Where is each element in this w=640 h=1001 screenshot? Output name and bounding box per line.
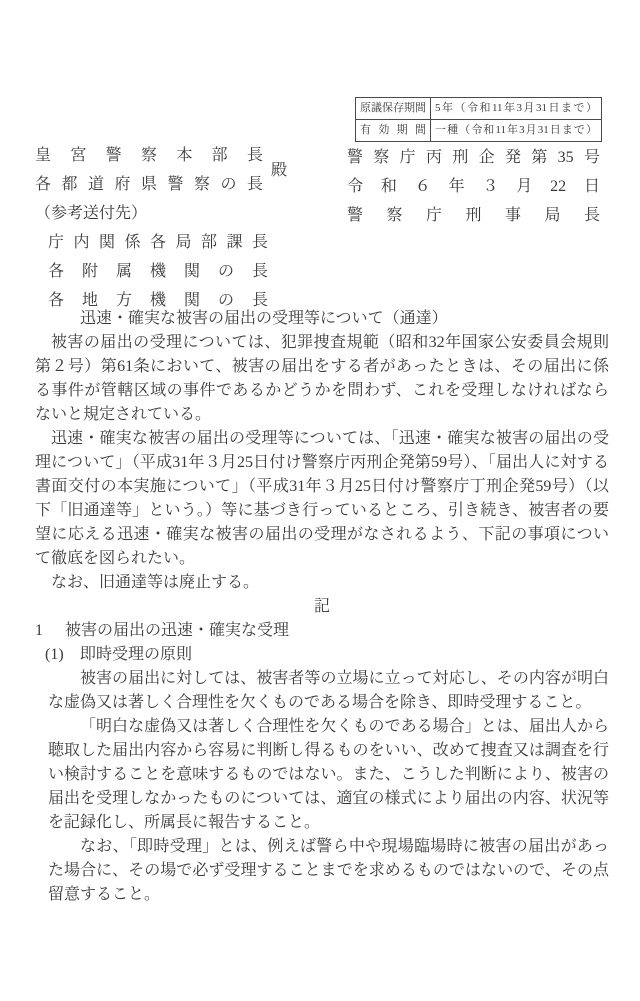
sub-item-1: (1) 即時受理の原則 xyxy=(45,643,609,667)
subject-line: 迅速・確実な被害の届出の受理等について（通達） xyxy=(80,307,609,331)
cc-note: （参考送付先） xyxy=(35,199,287,228)
retention-label: 原議保存期間 xyxy=(356,98,431,120)
validity-value: 一種（令和11年3月31日まで） xyxy=(431,120,602,142)
retention-value: 5年（令和11年3月31日まで） xyxy=(431,98,602,120)
validity-label: 有効期間 xyxy=(356,120,431,142)
recipient-line: 皇宮警察本部長 xyxy=(35,141,263,170)
item-1-number: 1 xyxy=(35,619,65,643)
sub-item-1-body: 被害の届出に対しては、被害者等の立場に立って対応し、その内容が明白な虚偽又は著し… xyxy=(48,667,609,907)
cc-recipient-line: 各附属機関の長 xyxy=(48,257,268,286)
document-page: 原議保存期間 5年（令和11年3月31日まで） 有効期間 一種（令和11年3月3… xyxy=(0,0,640,1001)
item-1: 1 被害の届出の迅速・確実な受理 xyxy=(35,619,609,643)
section-paragraph: なお、「即時受理」とは、例えば警ら中や現場臨場時に被害の届出があった場合に、その… xyxy=(48,835,609,907)
honorific: 殿 xyxy=(271,156,287,185)
body-paragraph: なお、旧通達等は廃止する。 xyxy=(35,571,609,595)
recipient-line: 各都道府県警察の長 xyxy=(35,170,263,199)
recipient-main-row: 皇宮警察本部長 各都道府県警察の長 殿 xyxy=(35,141,287,199)
document-number: 警察庁丙刑企発第35号 xyxy=(347,143,600,172)
recipient-names: 皇宮警察本部長 各都道府県警察の長 xyxy=(35,141,263,199)
document-date: 令和６年３月22日 xyxy=(347,172,600,201)
body-paragraph: 被害の届出の受理については、犯罪捜査規範（昭和32年国家公安委員会規則第２号）第… xyxy=(35,331,609,427)
cc-recipient-line: 庁内関係各局部課長 xyxy=(48,228,268,257)
table-row: 原議保存期間 5年（令和11年3月31日まで） xyxy=(356,98,602,120)
recipient-block: 皇宮警察本部長 各都道府県警察の長 殿 （参考送付先） 庁内関係各局部課長 各附… xyxy=(35,141,287,315)
retention-period-table: 原議保存期間 5年（令和11年3月31日まで） 有効期間 一種（令和11年3月3… xyxy=(355,97,602,142)
cc-recipients: 庁内関係各局部課長 各附属機関の長 各地方機関の長 xyxy=(48,228,268,315)
table-row: 有効期間 一種（令和11年3月31日まで） xyxy=(356,120,602,142)
sub-item-1-title: 即時受理の原則 xyxy=(80,643,192,667)
body-paragraph: 迅速・確実な被害の届出の受理等については、「迅速・確実な被害の届出の受理について… xyxy=(35,427,609,571)
document-author: 警察庁刑事局長 xyxy=(347,201,600,230)
ki-marker: 記 xyxy=(35,595,609,619)
sub-item-1-number: (1) xyxy=(45,643,80,667)
section-paragraph: 「明白な虚偽又は著しく合理性を欠くものである場合」とは、届出人から聴取した届出内… xyxy=(48,715,609,835)
document-body: 迅速・確実な被害の届出の受理等について（通達） 被害の届出の受理については、犯罪… xyxy=(35,307,609,907)
sender-block: 警察庁丙刑企発第35号 令和６年３月22日 警察庁刑事局長 xyxy=(347,143,600,230)
item-1-title: 被害の届出の迅速・確実な受理 xyxy=(65,619,289,643)
section-paragraph: 被害の届出に対しては、被害者等の立場に立って対応し、その内容が明白な虚偽又は著し… xyxy=(48,667,609,715)
